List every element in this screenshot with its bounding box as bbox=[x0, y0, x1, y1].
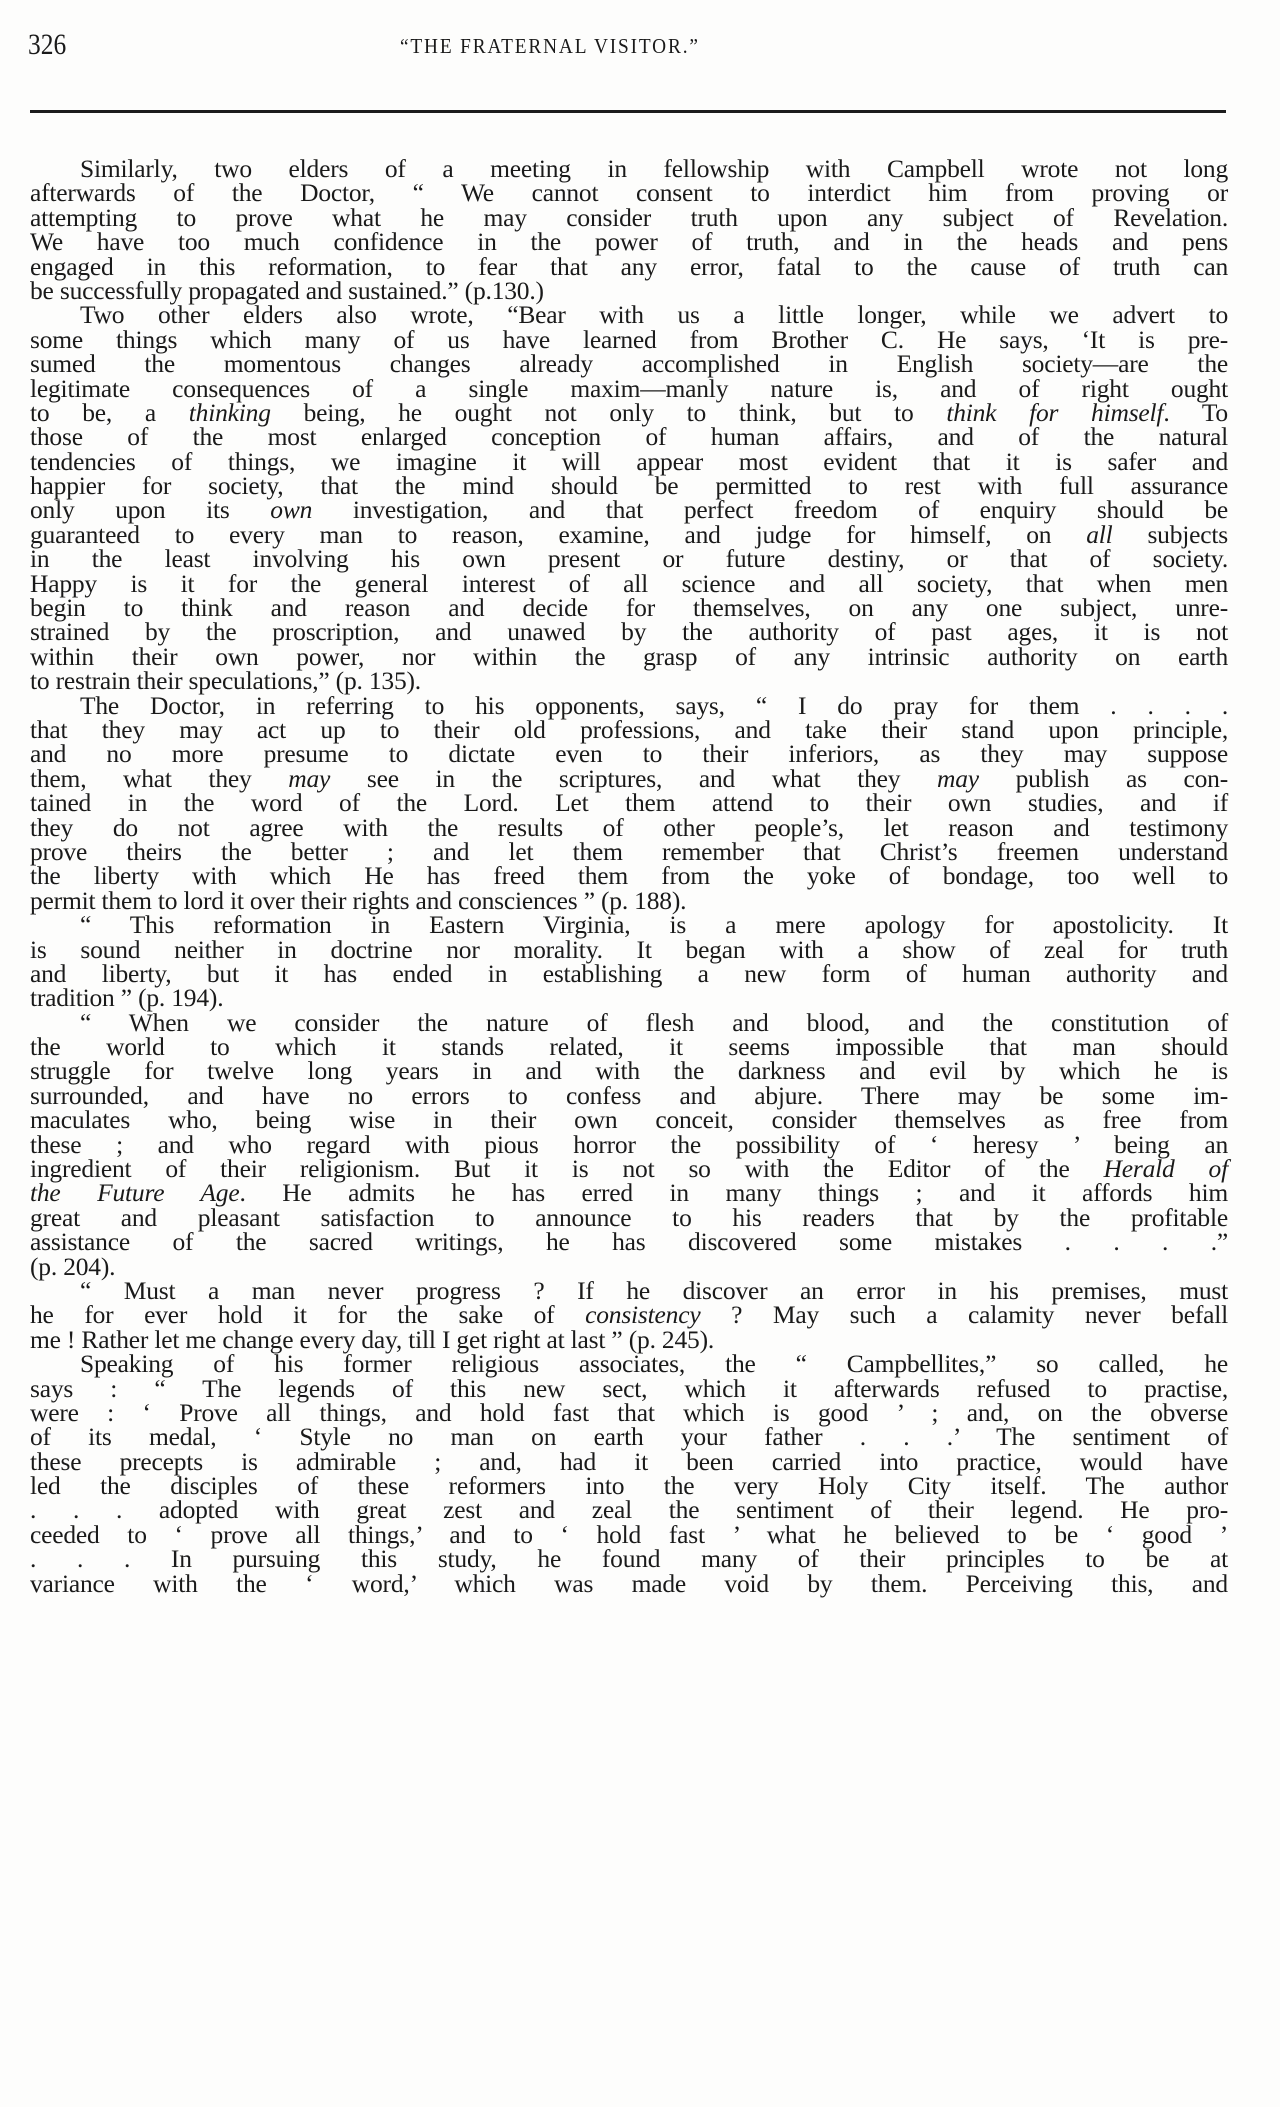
page-body-text: Similarly, two elders of a meeting in fe… bbox=[30, 157, 1230, 1596]
text-line: to restrain their speculations,” (p. 135… bbox=[30, 669, 1228, 693]
header-rule bbox=[30, 110, 1226, 113]
text-line: tained in the word of the Lord. Let them… bbox=[30, 791, 1228, 815]
page-header: 326 “THE FRATERNAL VISITOR.” bbox=[28, 28, 1228, 68]
text-line: in the least involving his own present o… bbox=[30, 547, 1228, 571]
text-line: “ This reformation in Eastern Virginia, … bbox=[30, 913, 1228, 937]
running-title: “THE FRATERNAL VISITOR.” bbox=[400, 34, 700, 59]
text-line: maculates who, being wise in their own c… bbox=[30, 1108, 1228, 1132]
text-line: tradition ” (p. 194). bbox=[30, 986, 1228, 1010]
text-line: . . . In pursuing this study, he found m… bbox=[30, 1547, 1228, 1571]
text-line: sumed the momentous changes already acco… bbox=[30, 352, 1228, 376]
text-line: Speaking of his former religious associa… bbox=[30, 1352, 1228, 1376]
book-page: 326 “THE FRATERNAL VISITOR.” Similarly, … bbox=[0, 0, 1280, 2107]
text-line: variance with the ‘ word,’ which was mad… bbox=[30, 1572, 1228, 1596]
text-line: assistance of the sacred writings, he ha… bbox=[30, 1230, 1228, 1254]
page-number: 326 bbox=[28, 28, 66, 62]
text-line: We have too much confidence in the power… bbox=[30, 230, 1228, 254]
